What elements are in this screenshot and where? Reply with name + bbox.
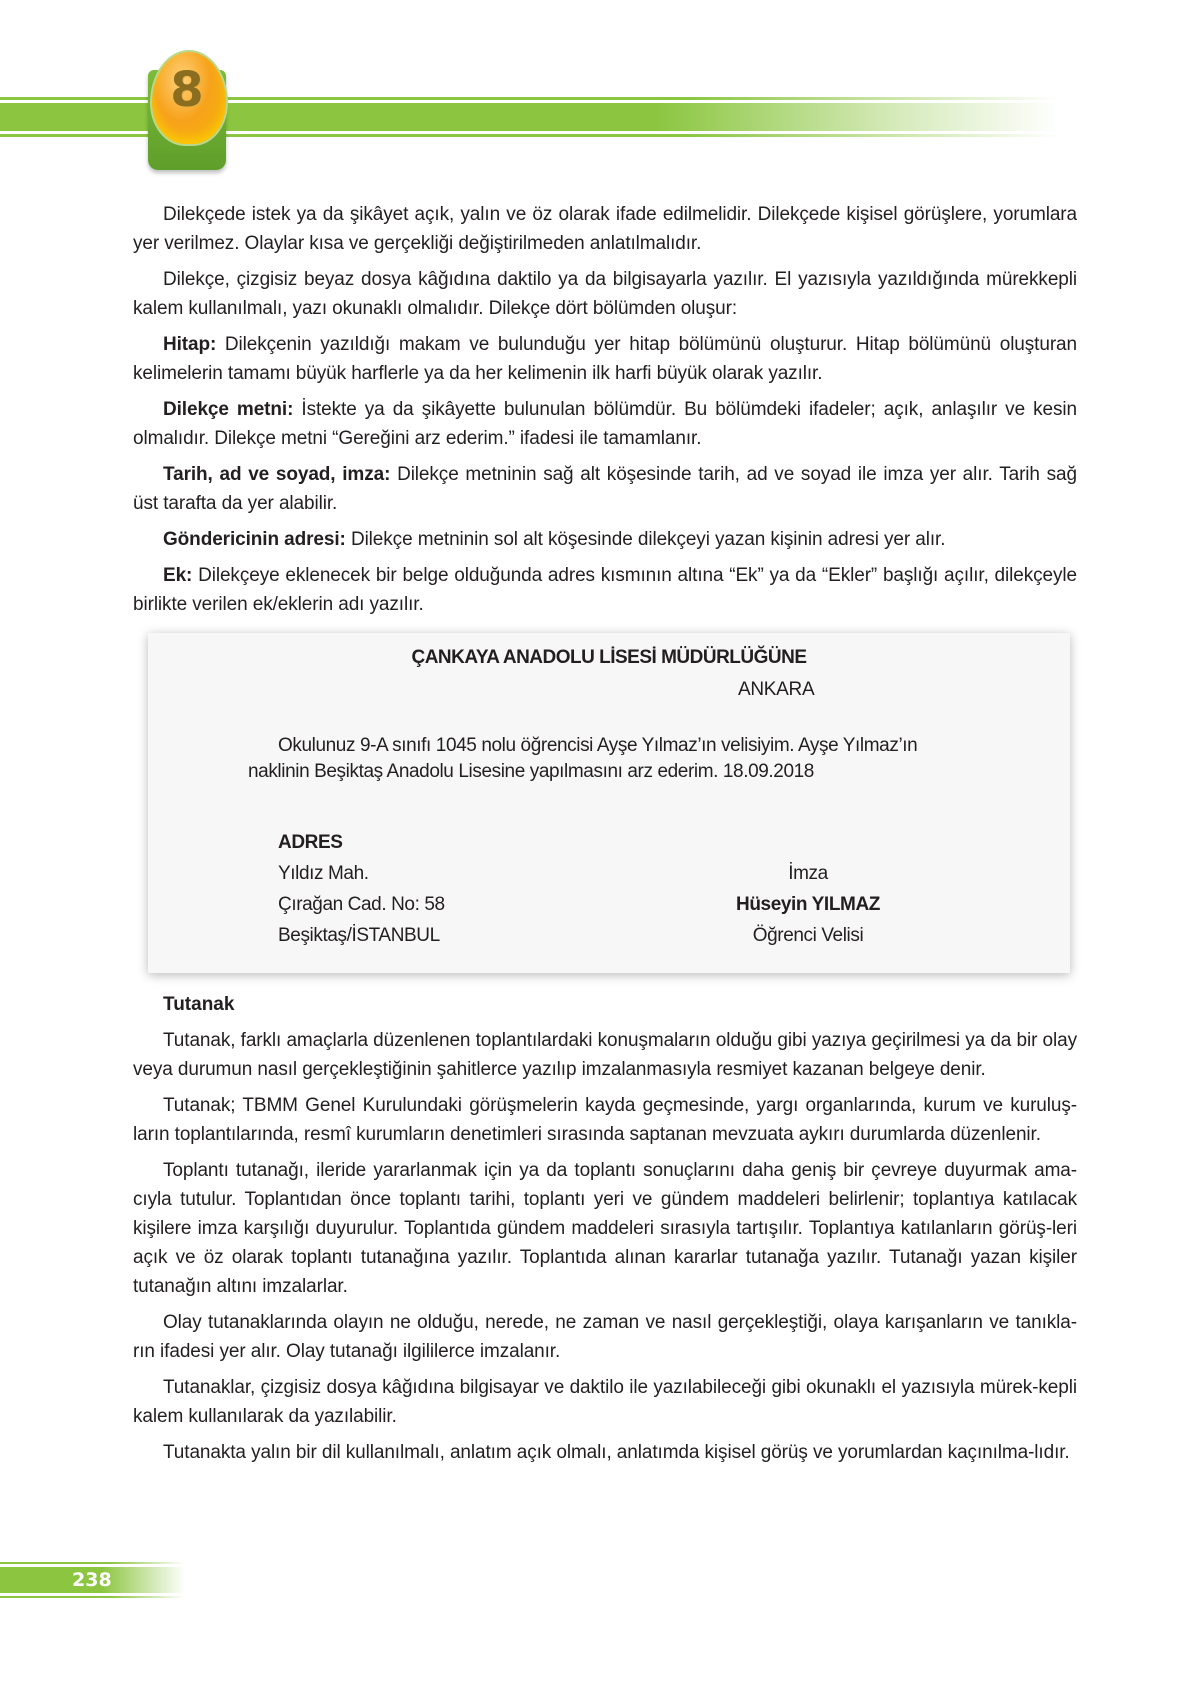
petition-example-box: ÇANKAYA ANADOLU LİSESİ MÜDÜRLÜĞÜNE ANKAR… [148, 633, 1070, 973]
paragraph-text: Dilekçede istek ya da şikâyet açık, yalı… [133, 204, 1077, 254]
address-line: Yıldız Mah. [278, 858, 445, 889]
paragraph: Tutanak; TBMM Genel Kurulundaki görüşmel… [133, 1091, 1077, 1149]
signer-name: Hüseyin YILMAZ [708, 889, 908, 920]
paragraph-tarih-imza: Tarih, ad ve soyad, imza: Dilekçe metnin… [133, 460, 1077, 518]
petition-title: ÇANKAYA ANADOLU LİSESİ MÜDÜRLÜĞÜNE [148, 647, 1070, 669]
page-number: 238 [72, 1567, 112, 1593]
petition-signature: İmza Hüseyin YILMAZ Öğrenci Velisi [708, 858, 908, 951]
paragraph: Tutanaklar, çizgisiz dosya kâğıdına bilg… [133, 1373, 1077, 1431]
paragraph-ek: Ek: Dilekçeye eklenecek bir belge olduğu… [133, 561, 1077, 619]
address-line: Beşiktaş/İSTANBUL [278, 920, 445, 951]
paragraph-term: Ek: [163, 565, 192, 586]
paragraph-text: Dilekçenin yazıldığı makam ve bulunduğu … [133, 334, 1077, 384]
section-heading: Tutanak [133, 990, 1077, 1019]
petition-body-line: Okulunuz 9-A sınıfı 1045 nolu öğrencisi … [248, 733, 968, 759]
tutanak-section: Tutanak Tutanak, farklı amaçlarla düzenl… [133, 990, 1077, 1474]
address-line: Çırağan Cad. No: 58 [278, 889, 445, 920]
intro-section: Dilekçede istek ya da şikâyet açık, yalı… [133, 200, 1077, 626]
paragraph-text: Dilekçeye eklenecek bir belge olduğunda … [133, 565, 1077, 615]
footer-line-bottom [0, 1596, 185, 1598]
address-label: ADRES [278, 827, 445, 858]
petition-city: ANKARA [738, 679, 814, 701]
petition-address: ADRES Yıldız Mah. Çırağan Cad. No: 58 Be… [278, 827, 445, 951]
paragraph: Dilekçede istek ya da şikâyet açık, yalı… [133, 200, 1077, 258]
unit-number: 8 [148, 62, 226, 118]
paragraph-text: Dilekçe metninin sol alt köşesinde dilek… [346, 529, 946, 550]
paragraph: Toplantı tutanağı, ileride yararlanmak i… [133, 1156, 1077, 1301]
signer-role: Öğrenci Velisi [708, 920, 908, 951]
paragraph-term: Dilekçe metni: [163, 399, 293, 420]
paragraph: Dilekçe, çizgisiz beyaz dosya kâğıdına d… [133, 265, 1077, 323]
paragraph-term: Göndericinin adresi: [163, 529, 346, 550]
paragraph-term: Hitap: [163, 334, 216, 355]
paragraph-term: Tarih, ad ve soyad, imza: [163, 464, 390, 485]
paragraph-dilekce-metni: Dilekçe metni: İstekte ya da şikâyette b… [133, 395, 1077, 453]
paragraph-gonderici-adresi: Göndericinin adresi: Dilekçe metninin so… [133, 525, 1077, 554]
unit-badge: 8 [148, 50, 226, 170]
footer-line-top [0, 1562, 185, 1564]
paragraph: Tutanak, farklı amaçlarla düzenlenen top… [133, 1026, 1077, 1084]
signature-label: İmza [708, 858, 908, 889]
footer-band: 238 [0, 1562, 185, 1598]
petition-body-line: naklinin Beşiktaş Anadolu Lisesine yapıl… [248, 761, 814, 782]
paragraph: Olay tutanaklarında olayın ne olduğu, ne… [133, 1308, 1077, 1366]
paragraph-text: Dilekçe, çizgisiz beyaz dosya kâğıdına d… [133, 269, 1077, 319]
paragraph: Tutanakta yalın bir dil kullanılmalı, an… [133, 1438, 1077, 1467]
petition-body: Okulunuz 9-A sınıfı 1045 nolu öğrencisi … [248, 733, 968, 785]
paragraph-hitap: Hitap: Dilekçenin yazıldığı makam ve bul… [133, 330, 1077, 388]
